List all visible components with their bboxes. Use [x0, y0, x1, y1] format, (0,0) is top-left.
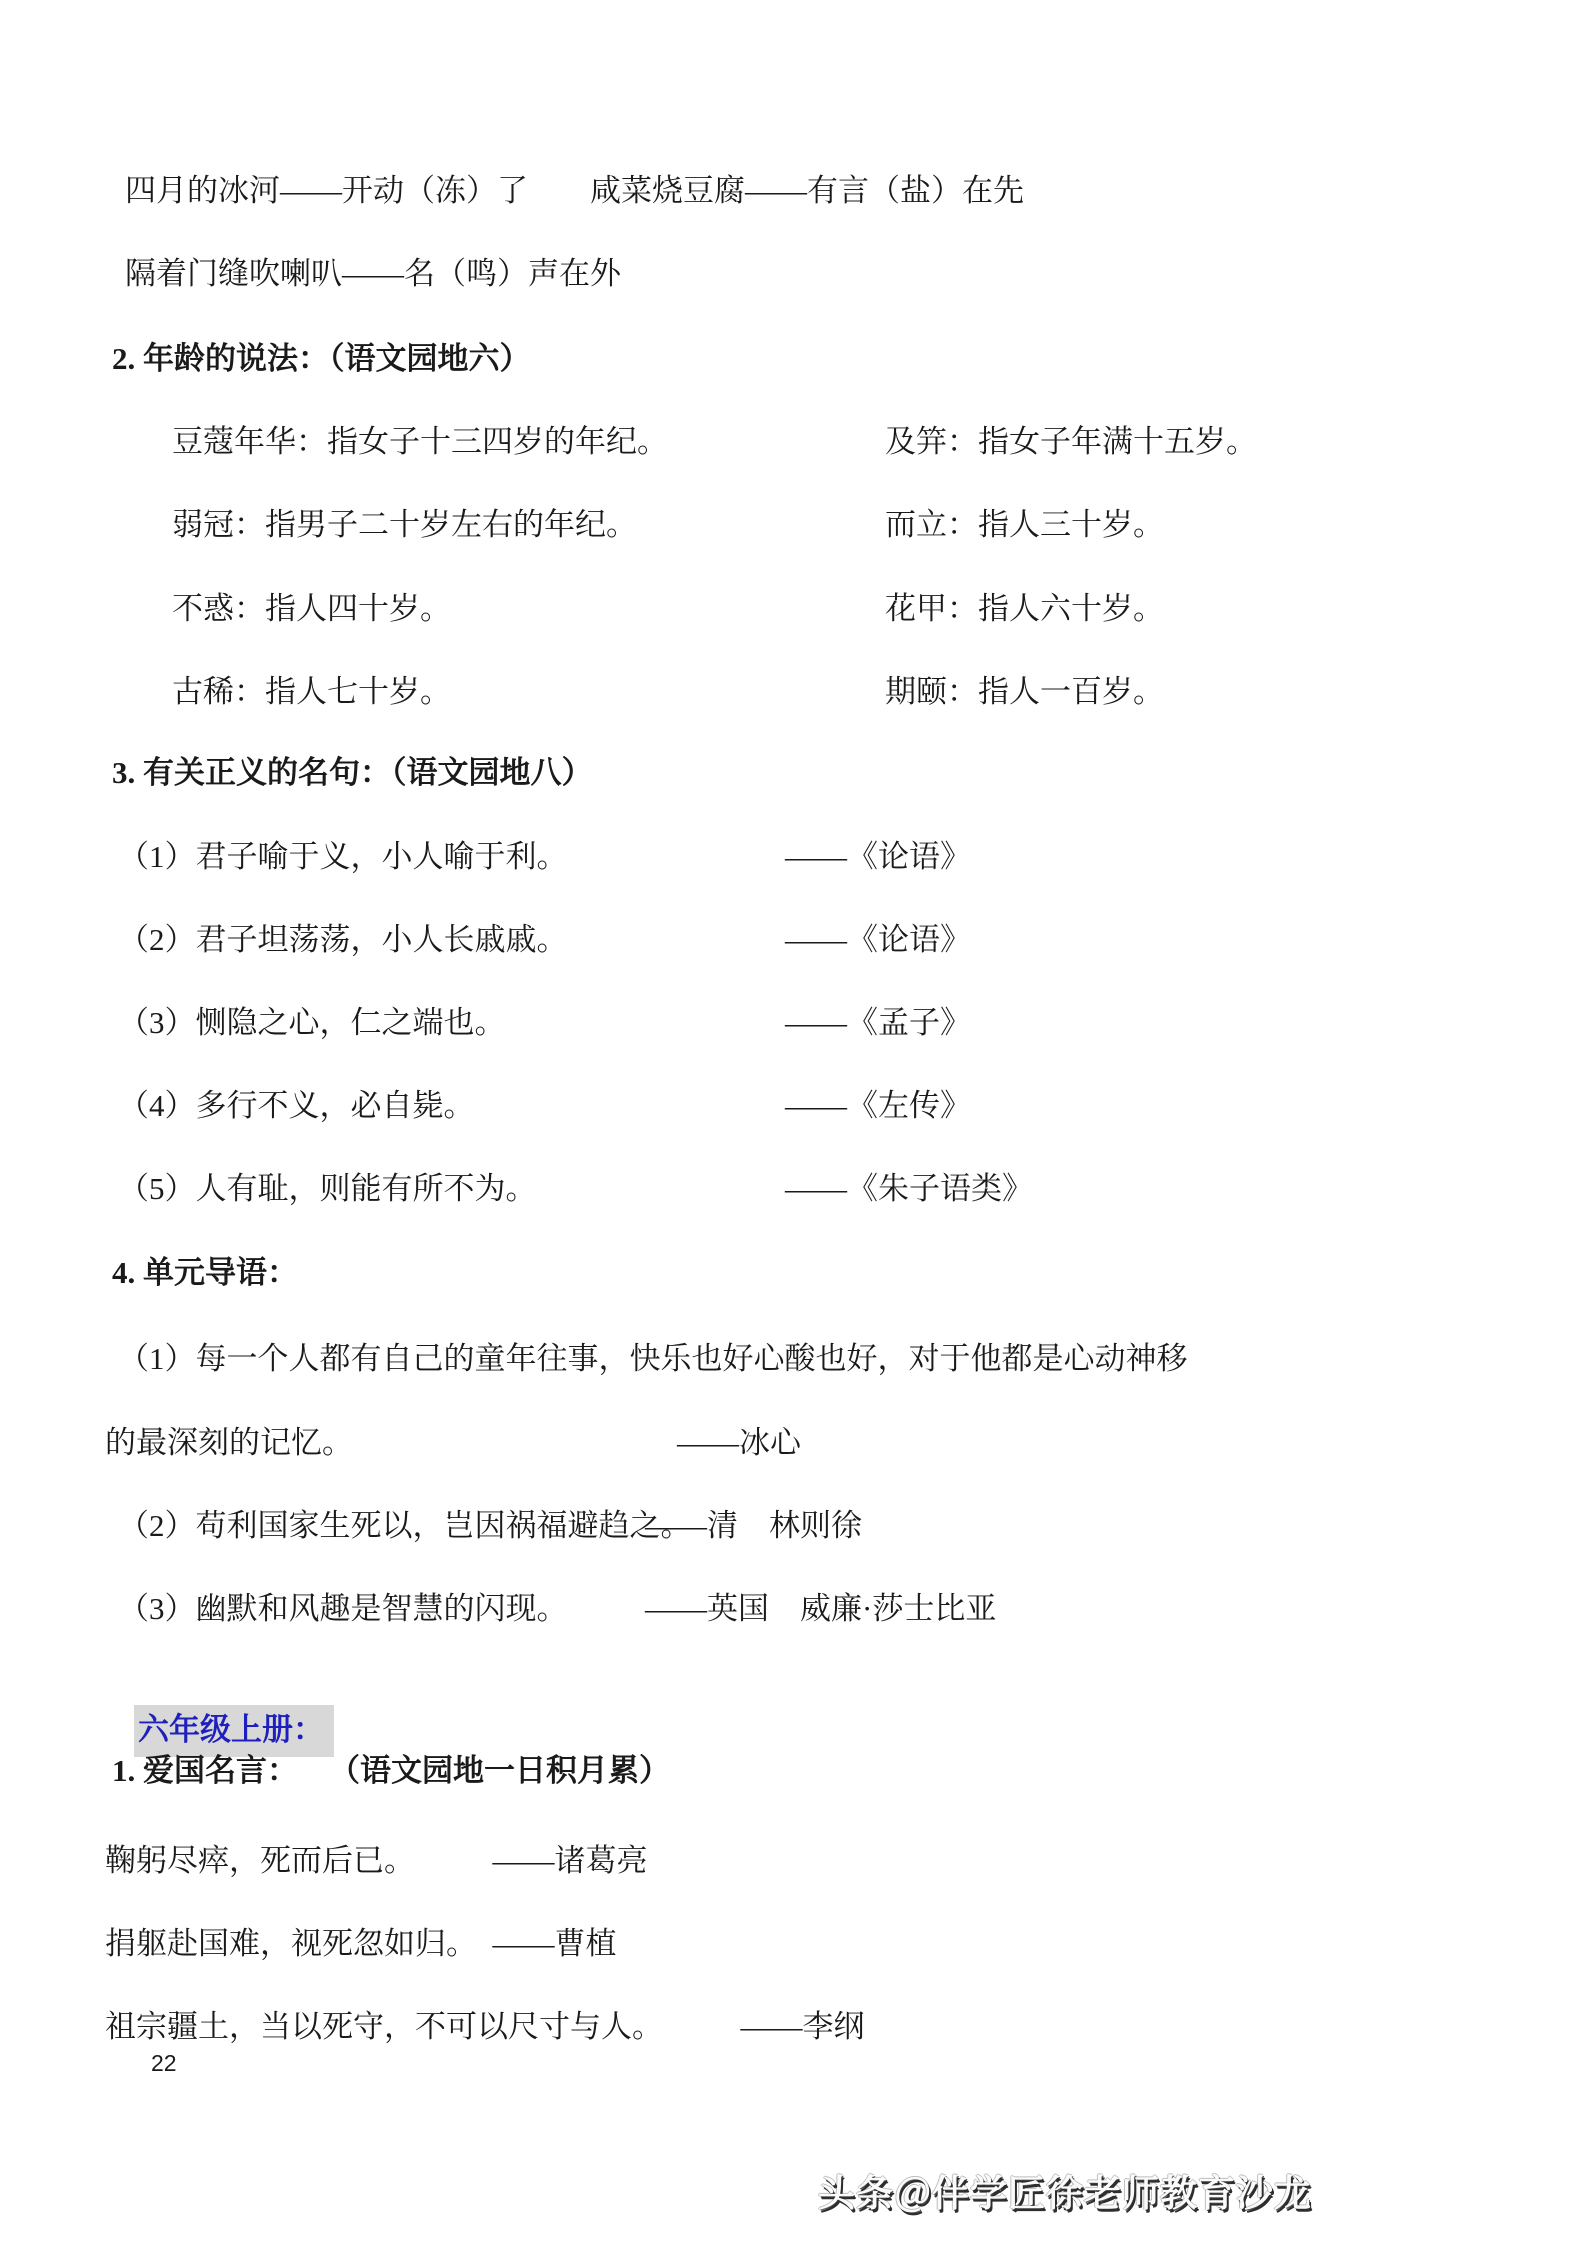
quote-source: ——冰心 — [677, 1422, 801, 1464]
document-page: 四月的冰河——开动（冻）了 咸菜烧豆腐——有言（盐）在先 隔着门缝吹喇叭——名（… — [0, 0, 1587, 2245]
watermark: 头条＠伴学匠徐老师教育沙龙 — [818, 2163, 1312, 2217]
quote-text: （2）苟利国家生死以，岂因祸福避趋之。 — [118, 1505, 692, 1547]
section-title-patriotic: 1. 爱国名言： （语文园地一日积月累） — [112, 1750, 670, 1792]
age-term-left: 不惑：指人四十岁。 — [172, 588, 451, 630]
quote-text: （5）人有耻，则能有所不为。 — [118, 1168, 537, 1210]
quote-source: ——《论语》 — [785, 919, 971, 961]
age-term-right: 而立：指人三十岁。 — [885, 504, 1164, 546]
quote-text: （1）君子喻于义，小人喻于利。 — [118, 836, 568, 878]
patriotic-quote-1: 鞠躬尽瘁，死而后已。 ——诸葛亮 — [105, 1840, 648, 1882]
quote-source: ——《孟子》 — [785, 1002, 971, 1044]
section-title-age: 2. 年龄的说法：（语文园地六） — [112, 338, 531, 380]
quote-source: ——清 林则徐 — [645, 1505, 862, 1547]
quote-source: ——《论语》 — [785, 836, 971, 878]
page-number: 22 — [151, 2050, 177, 2077]
xiehouyu-line-2: 隔着门缝吹喇叭——名（鸣）声在外 — [125, 253, 621, 295]
unit-intro-1-line-1: （1）每一个人都有自己的童年往事，快乐也好心酸也好，对于他都是心动神移 — [118, 1338, 1188, 1380]
xiehouyu-line-1: 四月的冰河——开动（冻）了 咸菜烧豆腐——有言（盐）在先 — [125, 170, 1024, 212]
age-term-right: 及笄：指女子年满十五岁。 — [885, 421, 1257, 463]
quote-text: 的最深刻的记忆。 — [105, 1422, 353, 1464]
quote-text: （4）多行不义，必自毙。 — [118, 1085, 475, 1127]
age-term-right: 期颐：指人一百岁。 — [885, 671, 1164, 713]
patriotic-quote-2: 捐躯赴国难，视死忽如归。 ——曹植 — [105, 1923, 617, 1965]
section-title-unit-intro: 4. 单元导语： — [112, 1252, 298, 1294]
age-term-left: 豆蔻年华：指女子十三四岁的年纪。 — [172, 421, 668, 463]
quote-text: （3）幽默和风趣是智慧的闪现。 — [118, 1588, 568, 1630]
quote-source: ——英国 威廉·莎士比亚 — [645, 1588, 996, 1630]
age-term-right: 花甲：指人六十岁。 — [885, 588, 1164, 630]
section-title-justice: 3. 有关正义的名句：（语文园地八） — [112, 752, 593, 794]
quote-source: ——《左传》 — [785, 1085, 971, 1127]
quote-text: （2）君子坦荡荡，小人长戚戚。 — [118, 919, 568, 961]
age-term-left: 弱冠：指男子二十岁左右的年纪。 — [172, 504, 637, 546]
patriotic-quote-3: 祖宗疆土，当以死守，不可以尺寸与人。 ——李纲 — [105, 2006, 865, 2048]
quote-source: ——《朱子语类》 — [785, 1168, 1033, 1210]
quote-text: （3）恻隐之心，仁之端也。 — [118, 1002, 506, 1044]
age-term-left: 古稀：指人七十岁。 — [172, 671, 451, 713]
